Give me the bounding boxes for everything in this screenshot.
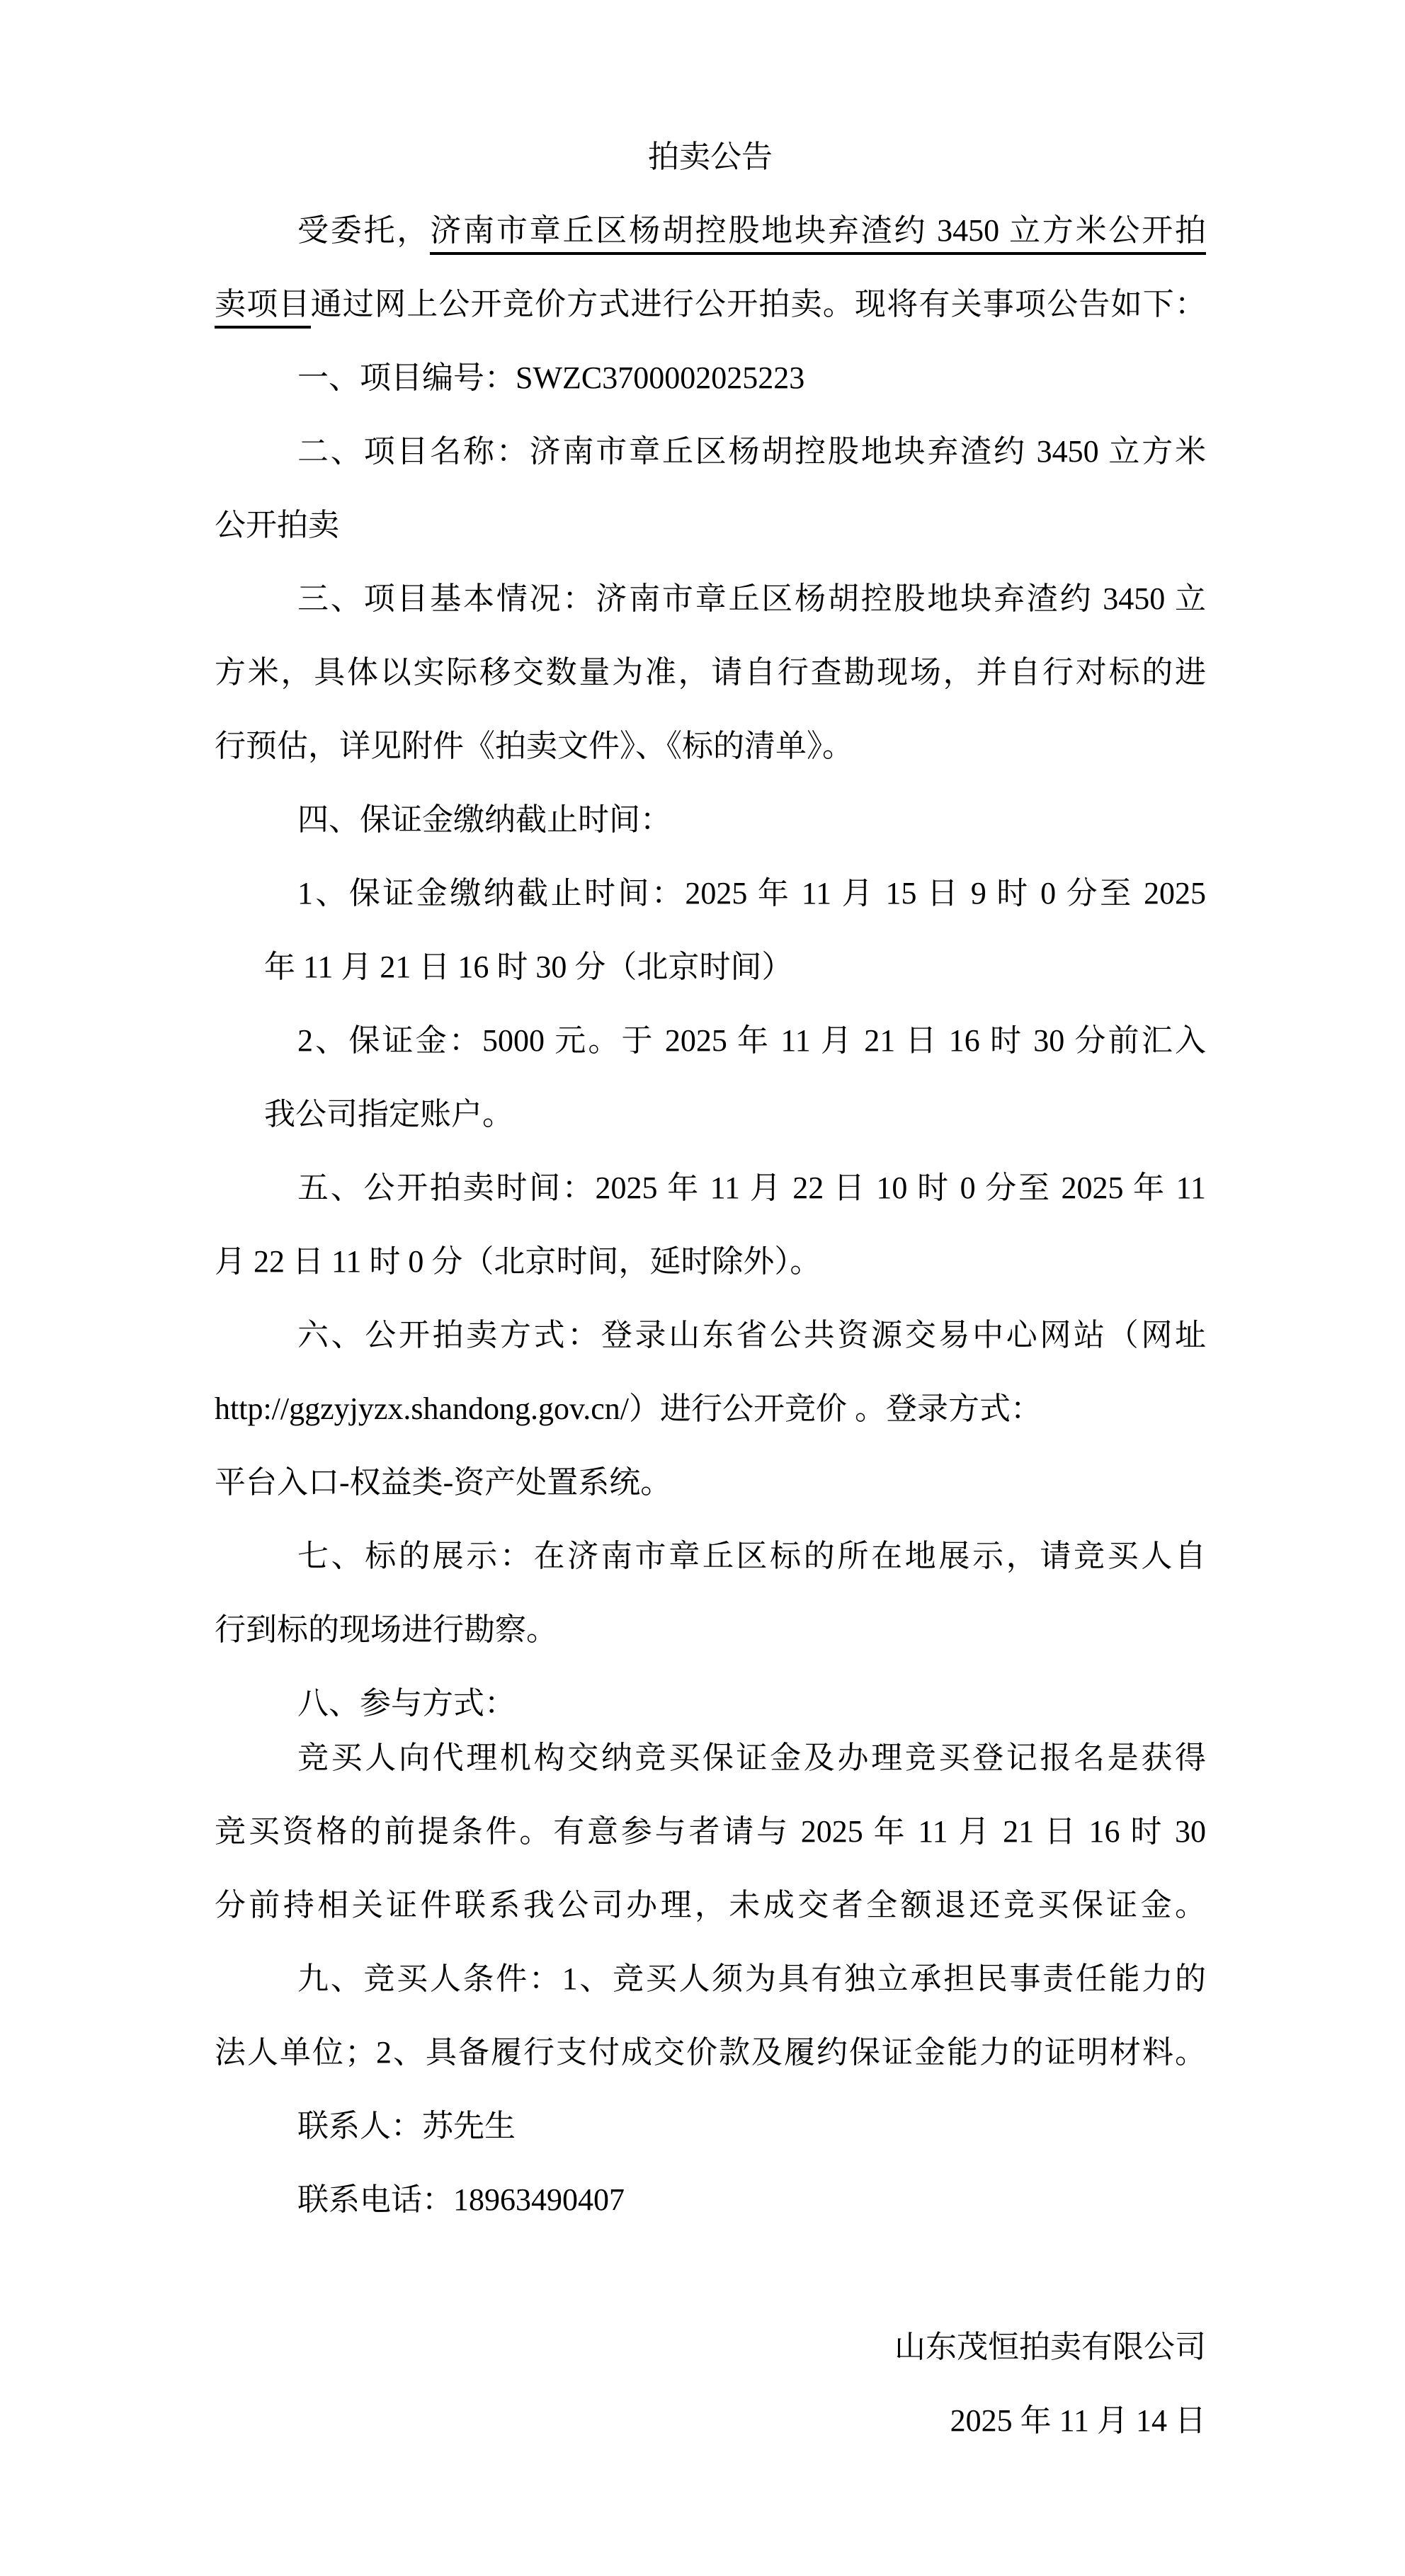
item-4-deposit-deadline-heading: 四、保证金缴纳截止时间：: [215, 783, 1206, 857]
item-2-project-name-line-2: 公开拍卖: [215, 489, 1206, 562]
item-5-auction-time-line-2-text: 月 22 日 11 时 0 分（北京时间，延时除外）。: [215, 1244, 821, 1279]
item-4-deposit-deadline-heading-text: 四、保证金缴纳截止时间：: [297, 802, 671, 837]
signature-company-text: 山东茂恒拍卖有限公司: [894, 2330, 1206, 2364]
item-5-auction-time-line-1: 五、公开拍卖时间：2025 年 11 月 22 日 10 时 0 分至 2025…: [215, 1151, 1206, 1225]
item-8-participation-line-2-text: 竞买资格的前提条件。有意参与者请与 2025 年 11 月 21 日 16 时 …: [215, 1814, 1206, 1849]
item-3-basic-info-line-1-text: 三、项目基本情况：济南市章丘区杨胡控股地块弃渣约 3450 立: [297, 581, 1206, 616]
item-9-bidder-conditions-line-2: 法人单位；2、具备履行支付成交价款及履约保证金能力的证明材料。: [215, 2016, 1206, 2090]
item-5-auction-time-line-1-text: 五、公开拍卖时间：2025 年 11 月 22 日 10 时 0 分至 2025…: [297, 1170, 1206, 1205]
item-4-1-deadline-line-1-text: 1、保证金缴纳截止时间：2025 年 11 月 15 日 9 时 0 分至 20…: [297, 876, 1206, 911]
contact-phone: 联系电话：18963490407: [215, 2163, 1206, 2237]
item-8-participation-line-1: 竞买人向代理机构交纳竞买保证金及办理竞买登记报名是获得: [215, 1721, 1206, 1795]
contact-phone-text: 联系电话：18963490407: [297, 2182, 625, 2217]
item-8-participation-line-3: 分前持相关证件联系我公司办理，未成交者全额退还竞买保证金。: [215, 1869, 1206, 1942]
item-1-project-number-text: 一、项目编号：SWZC3700002025223: [297, 360, 804, 395]
document-body: 受委托，济南市章丘区杨胡控股地块弃渣约 3450 立方米公开拍卖项目通过网上公开…: [215, 194, 1206, 2458]
item-3-basic-info-line-3-text: 行预估，详见附件《拍卖文件》、《标的清单》。: [215, 729, 853, 763]
signature-date: 2025 年 11 月 14 日: [215, 2384, 1206, 2458]
document-content: 拍卖公告 受委托，济南市章丘区杨胡控股地块弃渣约 3450 立方米公开拍卖项目通…: [215, 120, 1206, 2458]
item-6-auction-method-line-3-text: 平台入口-权益类-资产处置系统。: [215, 1465, 671, 1500]
item-7-display-line-2-text: 行到标的现场进行勘察。: [215, 1612, 557, 1647]
document-page: 拍卖公告 受委托，济南市章丘区杨胡控股地块弃渣约 3450 立方米公开拍卖项目通…: [0, 0, 1405, 2576]
item-9-bidder-conditions-line-2-text: 法人单位；2、具备履行支付成交价款及履约保证金能力的证明材料。: [215, 2035, 1206, 2070]
intro-line-2-text: 卖项目: [215, 287, 311, 329]
item-6-auction-method-line-1-text: 六、公开拍卖方式：登录山东省公共资源交易中心网站（网址: [297, 1318, 1206, 1352]
item-6-auction-method-line-3: 平台入口-权益类-资产处置系统。: [215, 1446, 1206, 1520]
item-8-participation-heading: 八、参与方式：: [215, 1667, 1206, 1721]
item-5-auction-time-line-2: 月 22 日 11 时 0 分（北京时间，延时除外）。: [215, 1225, 1206, 1299]
item-2-project-name-line-1-text: 二、项目名称：济南市章丘区杨胡控股地块弃渣约 3450 立方米: [297, 434, 1206, 469]
signature-company: 山东茂恒拍卖有限公司: [215, 2310, 1206, 2384]
item-8-participation-line-1-text: 竞买人向代理机构交纳竞买保证金及办理竞买登记报名是获得: [297, 1740, 1206, 1775]
item-3-basic-info-line-1: 三、项目基本情况：济南市章丘区杨胡控股地块弃渣约 3450 立: [215, 562, 1206, 636]
item-1-project-number: 一、项目编号：SWZC3700002025223: [215, 341, 1206, 415]
item-3-basic-info-line-3: 行预估，详见附件《拍卖文件》、《标的清单》。: [215, 709, 1206, 783]
item-8-participation-line-2: 竞买资格的前提条件。有意参与者请与 2025 年 11 月 21 日 16 时 …: [215, 1795, 1206, 1869]
item-7-display-line-1-text: 七、标的展示：在济南市章丘区标的所在地展示，请竞买人自: [297, 1539, 1206, 1573]
item-4-2-deposit-line-2: 我公司指定账户。: [215, 1078, 1206, 1151]
item-8-participation-line-3-text: 分前持相关证件联系我公司办理，未成交者全额退还竞买保证金。: [215, 1888, 1206, 1922]
item-4-2-deposit-line-1: 2、保证金：5000 元。于 2025 年 11 月 21 日 16 时 30 …: [215, 1004, 1206, 1078]
item-4-2-deposit-line-1-text: 2、保证金：5000 元。于 2025 年 11 月 21 日 16 时 30 …: [297, 1023, 1206, 1058]
intro-line-2-text: 通过网上公开竞价方式进行公开拍卖。现将有关事项公告如下：: [311, 287, 1206, 321]
item-4-2-deposit-line-2-text: 我公司指定账户。: [264, 1097, 513, 1132]
item-8-participation-heading-text: 八、参与方式：: [297, 1686, 516, 1721]
item-4-1-deadline-line-1: 1、保证金缴纳截止时间：2025 年 11 月 15 日 9 时 0 分至 20…: [215, 857, 1206, 930]
contact-person-text: 联系人：苏先生: [297, 2109, 516, 2143]
item-6-auction-method-line-2: http://ggzyjyzx.shandong.gov.cn/）进行公开竞价 …: [215, 1372, 1206, 1446]
item-4-1-deadline-line-2: 年 11 月 21 日 16 时 30 分（北京时间）: [215, 930, 1206, 1004]
item-7-display-line-2: 行到标的现场进行勘察。: [215, 1593, 1206, 1667]
intro-line-1-text: 受委托，: [297, 213, 430, 248]
blank-spacer: [215, 2237, 1206, 2310]
item-2-project-name-line-1: 二、项目名称：济南市章丘区杨胡控股地块弃渣约 3450 立方米: [215, 415, 1206, 489]
item-3-basic-info-line-2: 方米，具体以实际移交数量为准，请自行查勘现场，并自行对标的进: [215, 636, 1206, 709]
item-9-bidder-conditions-line-1: 九、竞买人条件：1、竞买人须为具有独立承担民事责任能力的: [215, 1942, 1206, 2016]
item-6-auction-method-line-2-text: http://ggzyjyzx.shandong.gov.cn/）进行公开竞价 …: [215, 1391, 1042, 1426]
signature-date-text: 2025 年 11 月 14 日: [950, 2403, 1206, 2438]
item-3-basic-info-line-2-text: 方米，具体以实际移交数量为准，请自行查勘现场，并自行对标的进: [215, 655, 1206, 690]
item-6-auction-method-line-1: 六、公开拍卖方式：登录山东省公共资源交易中心网站（网址: [215, 1299, 1206, 1372]
intro-line-1: 受委托，济南市章丘区杨胡控股地块弃渣约 3450 立方米公开拍: [215, 194, 1206, 268]
item-2-project-name-line-2-text: 公开拍卖: [215, 508, 339, 542]
intro-line-1-text: 济南市章丘区杨胡控股地块弃渣约 3450 立方米公开拍: [430, 213, 1206, 255]
item-7-display-line-1: 七、标的展示：在济南市章丘区标的所在地展示，请竞买人自: [215, 1520, 1206, 1593]
intro-line-2: 卖项目通过网上公开竞价方式进行公开拍卖。现将有关事项公告如下：: [215, 268, 1206, 341]
item-4-1-deadline-line-2-text: 年 11 月 21 日 16 时 30 分（北京时间）: [264, 950, 792, 984]
document-title: 拍卖公告: [215, 120, 1206, 194]
contact-person: 联系人：苏先生: [215, 2090, 1206, 2163]
item-9-bidder-conditions-line-1-text: 九、竞买人条件：1、竞买人须为具有独立承担民事责任能力的: [297, 1961, 1206, 1996]
